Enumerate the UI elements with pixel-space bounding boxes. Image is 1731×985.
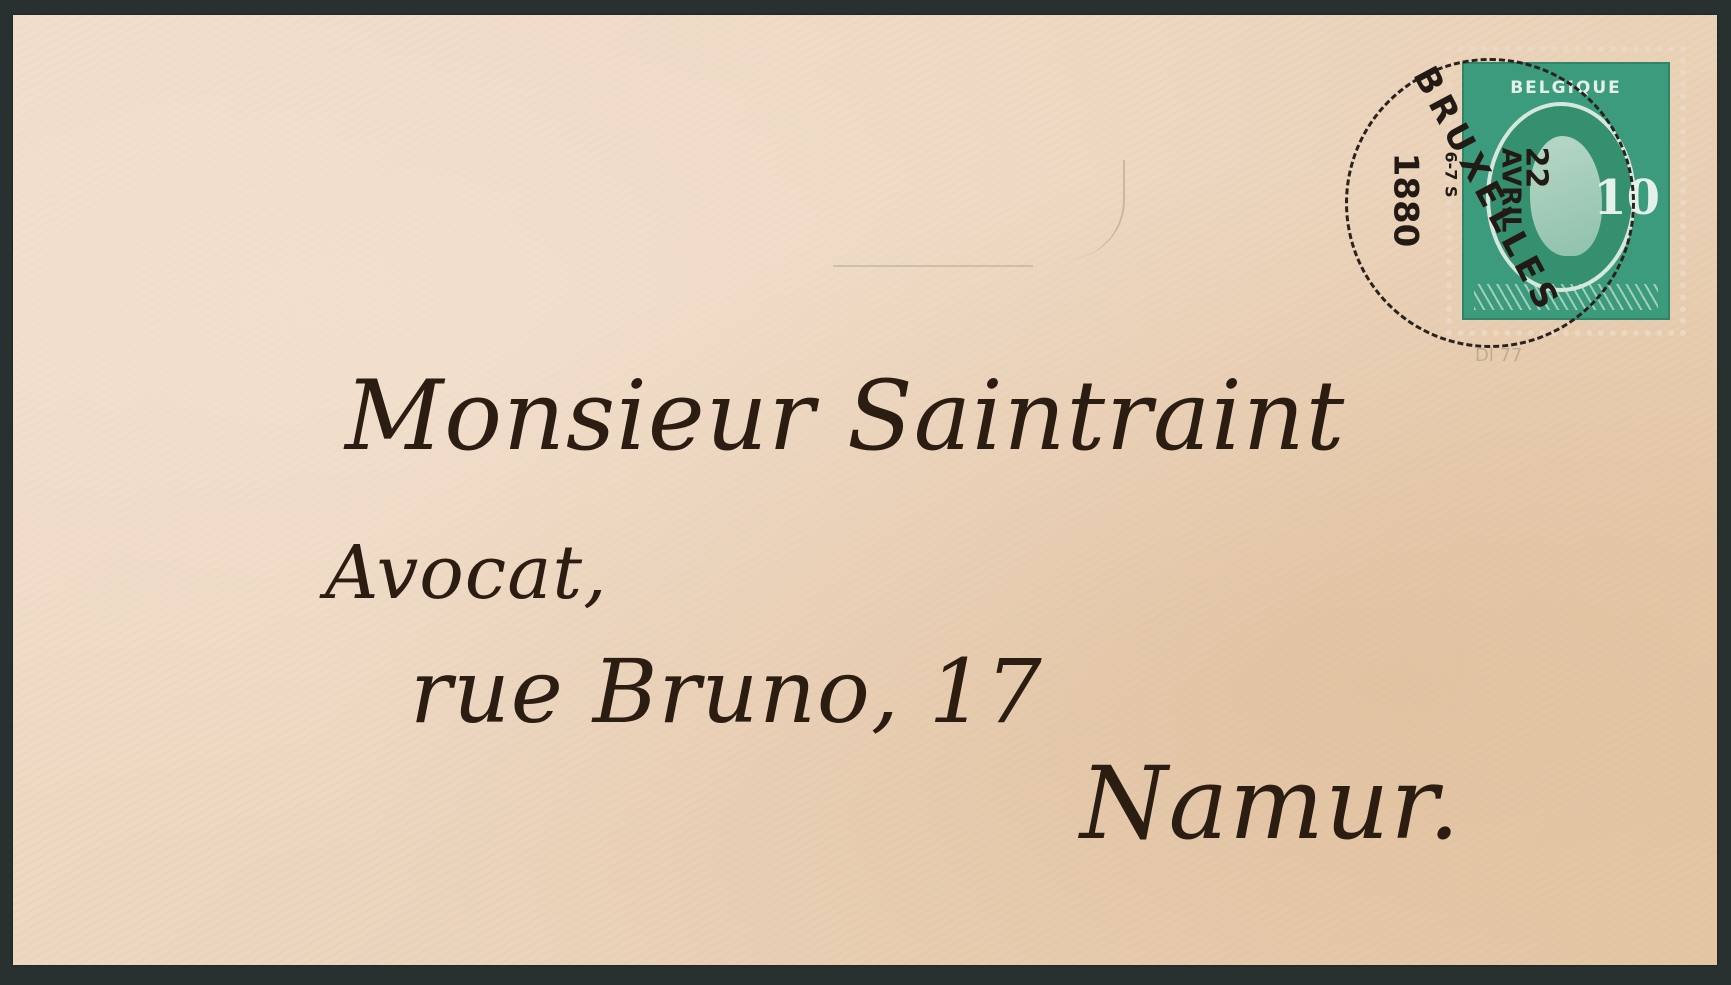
address-street: rue Bruno, 17 — [410, 640, 1043, 743]
postmark-year: 1880 — [1385, 153, 1425, 248]
pencil-stroke — [833, 265, 1033, 267]
postmark-time: 6-7 S — [1442, 152, 1461, 198]
address-city: Namur. — [1080, 745, 1461, 862]
postmark-month: AVRIL — [1495, 148, 1525, 233]
pencil-note: Dl 77 — [1475, 345, 1523, 366]
address-title: Avocat, — [325, 530, 608, 616]
pencil-stroke — [1043, 160, 1125, 260]
address-recipient: Monsieur Saintraint — [345, 360, 1345, 472]
